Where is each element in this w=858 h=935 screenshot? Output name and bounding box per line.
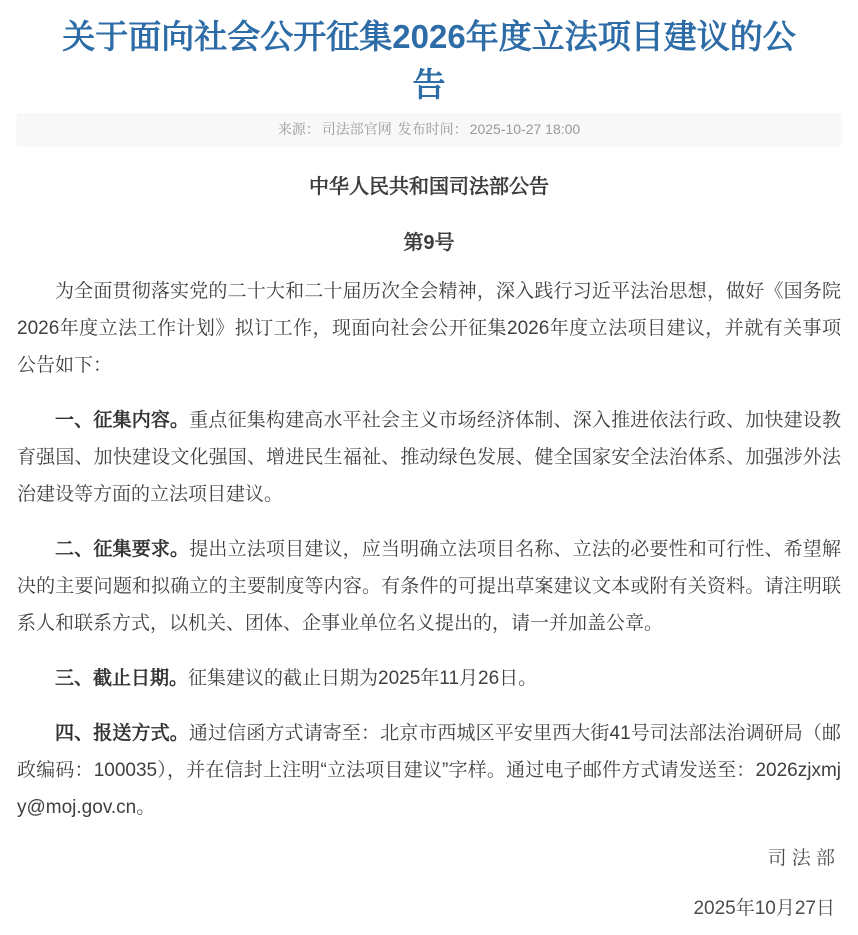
paragraph-text-tail: 。 (136, 797, 155, 818)
paragraph-section-3-deadline: 三、截止日期。征集建议的截止日期为2025年11月26日。 (17, 660, 841, 697)
page-title: 关于面向社会公开征集2026年度立法项目建议的公告 (57, 0, 802, 109)
signature-date: 2025年10月27日 (17, 890, 841, 927)
paragraph-section-1-content: 一、征集内容。重点征集构建高水平社会主义市场经济体制、深入推进依法行政、加快建设… (17, 402, 841, 513)
document-title: 中华人民共和国司法部公告 (17, 175, 841, 199)
publish-time-label: 发布时间： (398, 121, 468, 137)
paragraph-lead: 一、征集内容。 (55, 410, 189, 431)
announcement-page: 关于面向社会公开征集2026年度立法项目建议的公告 来源：司法部官网 发布时间：… (0, 0, 858, 935)
paragraph-lead: 二、征集要求。 (55, 539, 189, 560)
paragraph-opening: 为全面贯彻落实党的二十大和二十届历次全会精神，深入践行习近平法治思想，做好《国务… (17, 273, 841, 384)
paragraph-section-4-submission: 四、报送方式。通过信函方式请寄至：北京市西城区平安里西大街41号司法部法治调研局… (17, 715, 841, 826)
paragraph-section-2-requirements: 二、征集要求。提出立法项目建议，应当明确立法项目名称、立法的必要性和可行性、希望… (17, 531, 841, 642)
source-label: 来源： (278, 121, 320, 137)
paragraph-lead: 三、截止日期。 (55, 668, 188, 689)
meta-bar: 来源：司法部官网 发布时间：2025-10-27 18:00 (17, 113, 841, 145)
publish-time-value: 2025-10-27 18:00 (470, 121, 581, 137)
signature-agency: 司 法 部 (17, 840, 841, 877)
source-value: 司法部官网 (322, 121, 392, 137)
paragraph-text: 为全面贯彻落实党的二十大和二十届历次全会精神，深入践行习近平法治思想，做好《国务… (17, 281, 841, 376)
paragraph-lead: 四、报送方式。 (55, 723, 189, 744)
document-number: 第9号 (17, 231, 841, 255)
paragraph-text: 征集建议的截止日期为2025年11月26日。 (188, 668, 537, 689)
